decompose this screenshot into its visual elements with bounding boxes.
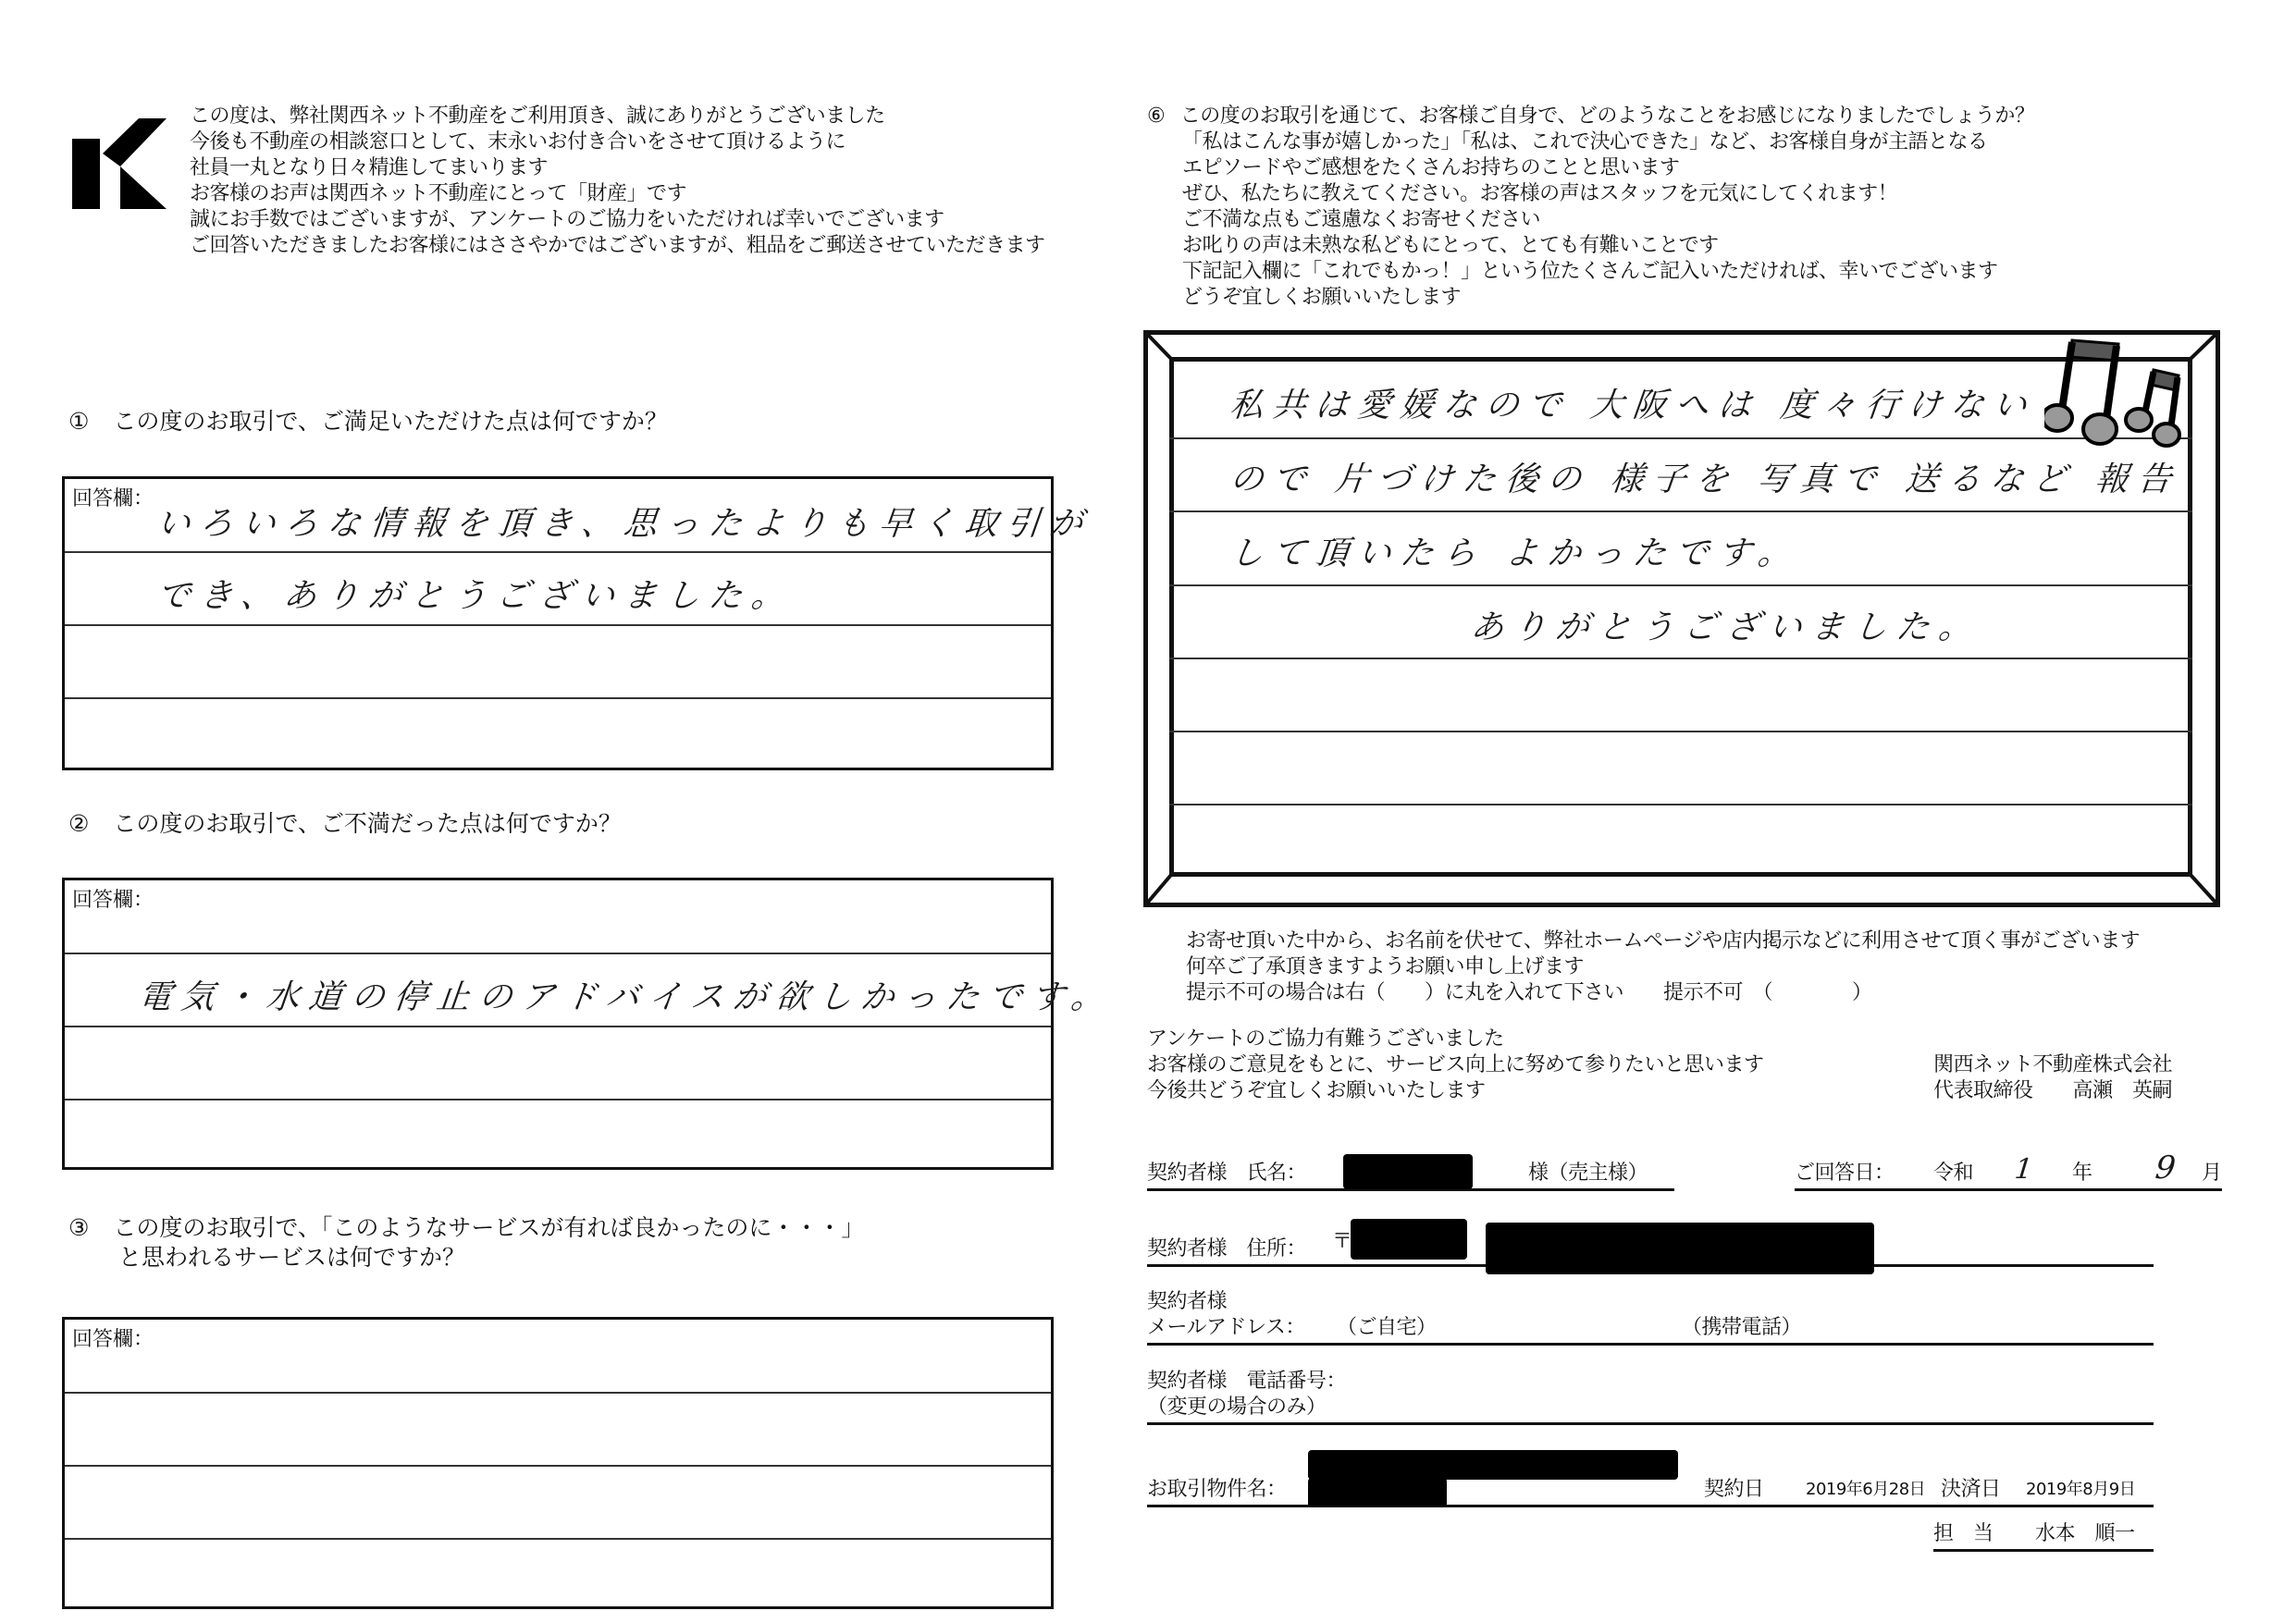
question-number: ③ (68, 1214, 89, 1241)
question-text: この度のお取引で、ご不満だった点は何ですか？ (113, 810, 622, 837)
redacted-name (1343, 1154, 1473, 1189)
consent-line: お寄せ頂いた中から、お名前を伏せて、弊社ホームページや店内掲示などに利用させて頂… (1186, 928, 2140, 954)
staff-name: 水本 順一 (2035, 1521, 2135, 1547)
handwritten-answer: ありがとうございました。 (1468, 601, 1983, 648)
thanks-section: アンケートのご協力有難うございました お客様のご意見をもとに、サービス向上に努め… (1147, 1027, 1764, 1104)
question-6-prompt: ⑥ この度のお取引を通じて、お客様ご自身で、どのようなことをお感じになりましたで… (1147, 104, 2034, 311)
email-label: 契約者様 (1147, 1289, 1227, 1315)
intro-line: お客様のお声は関西ネット不動産にとって「財産」です (190, 181, 1045, 207)
intro-line: 社員一丸となり日々精進してまいります (190, 155, 1045, 181)
question-3-heading-line2: と思われるサービスは何ですか？ (118, 1243, 465, 1273)
answer-label: 回答欄： (72, 1323, 154, 1352)
intro-line: ご回答いただきましたお客様にはささやかではございますが、粗品をご郵送させていただ… (190, 233, 1045, 259)
consent-line: 何卒ご了承頂きますようお願い申し上げます (1186, 954, 2140, 980)
consent-section: お寄せ頂いた中から、お名前を伏せて、弊社ホームページや店内掲示などに利用させて頂… (1186, 928, 2140, 1006)
music-notes-icon (2044, 333, 2211, 453)
question-text: この度のお取引で、ご満足いただけた点は何ですか？ (113, 408, 668, 435)
company-name: 関西ネット不動産株式会社 (1933, 1052, 2172, 1078)
prompt-line: エピソードやご感想をたくさんお持ちのことと思います (1147, 155, 2034, 181)
company-logo-icon (72, 118, 167, 209)
thanks-line: 今後共どうぞ宜しくお願いいたします (1147, 1078, 1764, 1104)
prompt-line: ご不満な点もご遠慮なくお寄せください (1147, 207, 2034, 233)
handwritten-answer: ので 片づけた後の 様子を 写真で 送るなど 報告 (1228, 453, 2183, 500)
question-number: ② (68, 810, 89, 837)
property-field[interactable]: お取引物件名： 契約日 2019年6月28日 決済日 2019年8月9日 (1147, 1477, 2154, 1507)
question-3-heading: ③ この度のお取引で、「このようなサービスが有れば良かったのに・・・」 (68, 1213, 864, 1243)
prompt-line: お叱りの声は未熟な私どもにとって、とても有難いことです (1147, 233, 2034, 259)
email-field[interactable]: メールアドレス： （ご自宅） （携帯電話） (1147, 1315, 2154, 1346)
staff-field: 担 当 水本 順一 (1933, 1521, 2154, 1552)
redacted-address (1486, 1223, 1874, 1274)
answer-box-q1[interactable]: 回答欄： いろいろな情報を頂き、思ったよりも早く取引が でき、ありがとうございま… (62, 476, 1054, 770)
settlement-date: 2019年8月9日 (2026, 1477, 2135, 1503)
prompt-line: ⑥ この度のお取引を通じて、お客様ご自身で、どのようなことをお感じになりましたで… (1147, 104, 2034, 129)
answer-box-q3[interactable]: 回答欄： (62, 1317, 1054, 1609)
year-value: 1 (2013, 1153, 2043, 1186)
prompt-line: どうぞ宜しくお願いいたします (1147, 285, 2034, 311)
prompt-line: ぜひ、私たちに教えてください。お客様の声はスタッフを元気にしてくれます！ (1147, 181, 2034, 207)
question-1-heading: ① この度のお取引で、ご満足いただけた点は何ですか？ (68, 407, 668, 436)
thanks-line: お客様のご意見をもとに、サービス向上に努めて参りたいと思います (1147, 1052, 1764, 1078)
question-number: ① (68, 408, 89, 435)
question-text: この度のお取引で、「このようなサービスが有れば良かったのに・・・」 (113, 1214, 864, 1241)
intro-line: この度は、弊社関西ネット不動産をご利用頂き、誠にありがとうございました (190, 104, 1045, 129)
answer-box-q2[interactable]: 回答欄： 電気・水道の停止のアドバイスが欲しかったです。 (62, 878, 1054, 1170)
redacted-property (1308, 1450, 1678, 1480)
consent-line[interactable]: 提示不可の場合は右（ ）に丸を入れて下さい 提示不可 （ ） (1186, 980, 2140, 1006)
month-value: 9 (2154, 1150, 2187, 1187)
handwritten-answer: いろいろな情報を頂き、思ったよりも早く取引が (154, 498, 1094, 545)
redacted-property-2 (1308, 1478, 1447, 1507)
representative: 代表取締役 高瀬 英嗣 (1933, 1078, 2172, 1104)
prompt-line: 「私はこんな事が嬉しかった」「私は、これで決心できた」など、お客様自身が主語とな… (1147, 129, 2034, 155)
answer-label: 回答欄： (72, 884, 154, 913)
answer-date-field[interactable]: ご回答日： 令和 1 年 9 月 (1795, 1161, 2222, 1191)
question-2-heading: ② この度のお取引で、ご不満だった点は何ですか？ (68, 809, 622, 839)
question-number: ⑥ (1147, 105, 1165, 128)
thanks-line: アンケートのご協力有難うございました (1147, 1027, 1764, 1052)
prompt-line: 下記記入欄に「これでもかっ！」という位たくさんご記入いただければ、幸いでございま… (1147, 259, 2034, 285)
intro-line: 今後も不動産の相談窓口として、末永いお付き合いをさせて頂けるように (190, 129, 1045, 155)
intro-line: 誠にお手数ではございますが、アンケートのご協力をいただければ幸いでございます (190, 207, 1045, 233)
answer-label: 回答欄： (72, 483, 154, 511)
redacted-postal (1351, 1219, 1467, 1260)
intro-text: この度は、弊社関西ネット不動産をご利用頂き、誠にありがとうございました 今後も不… (190, 104, 1045, 259)
handwritten-answer: でき、ありがとうございました。 (154, 570, 796, 617)
name-label: 契約者様 氏名： (1147, 1162, 1306, 1185)
phone-label: 契約者様 電話番号： (1147, 1369, 1346, 1395)
postal-mark: 〒 (1332, 1229, 1352, 1255)
name-suffix: 様（売主様） (1528, 1161, 1648, 1187)
handwritten-answer: して頂いたら よかったです。 (1228, 527, 1803, 574)
handwritten-answer: 私共は愛媛なので 大阪へは 度々行けない (1228, 379, 2038, 426)
handwritten-answer: 電気・水道の停止のアドバイスが欲しかったです。 (136, 971, 1116, 1018)
contract-date: 2019年6月28日 (1806, 1477, 1925, 1503)
phone-field[interactable]: （変更の場合のみ） (1147, 1395, 2154, 1425)
